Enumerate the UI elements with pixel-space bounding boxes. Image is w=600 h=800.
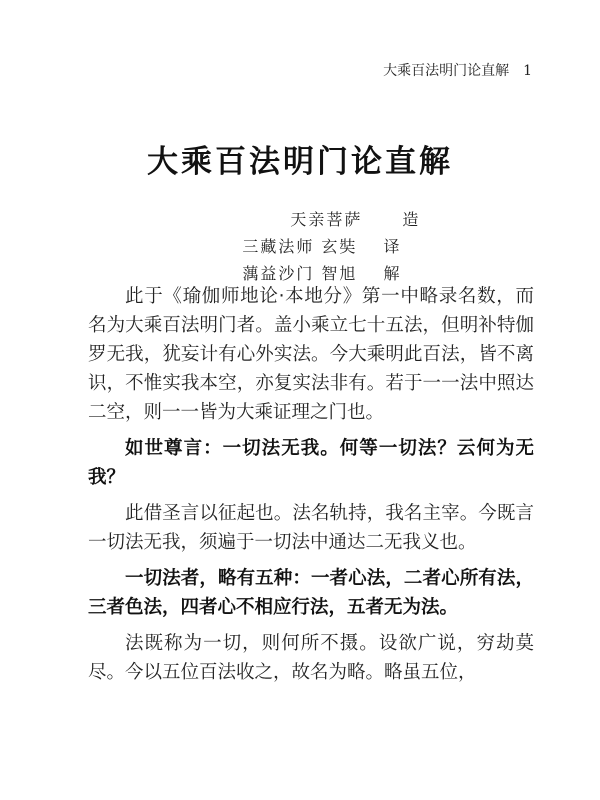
commentary-paragraph: 法既称为一切，则何所不摄。设欲广说，穷劫莫尽。今以五位百法收之，故名为略。略虽五… <box>88 629 534 687</box>
treatise-verse: 一切法者，略有五种：一者心法，二者心所有法，三者色法，四者心不相应行法，五者无为… <box>88 564 534 622</box>
page-number: 1 <box>523 63 532 79</box>
running-title: 大乘百法明门论直解 <box>383 60 509 80</box>
byline-role: 解 <box>383 264 401 283</box>
page-title: 大乘百法明门论直解 <box>0 136 600 181</box>
body-text: 此于《瑜伽师地论·本地分》第一中略录名数，而名为大乘百法明门者。盖小乘立七十五法… <box>88 282 534 694</box>
commentary-paragraph: 此借圣言以征起也。法名轨持，我名主宰。今既言一切法无我，须遍于一切法中通达二无我… <box>88 499 534 557</box>
byline-role: 造 <box>402 210 420 229</box>
treatise-verse: 如世尊言：一切法无我。何等一切法？云何为无我？ <box>88 434 534 492</box>
commentary-paragraph: 此于《瑜伽师地论·本地分》第一中略录名数，而名为大乘百法明门者。盖小乘立七十五法… <box>88 282 534 427</box>
byline-name: 蕅益沙门 智旭 <box>242 264 357 283</box>
running-header: 大乘百法明门论直解 1 <box>383 60 532 80</box>
